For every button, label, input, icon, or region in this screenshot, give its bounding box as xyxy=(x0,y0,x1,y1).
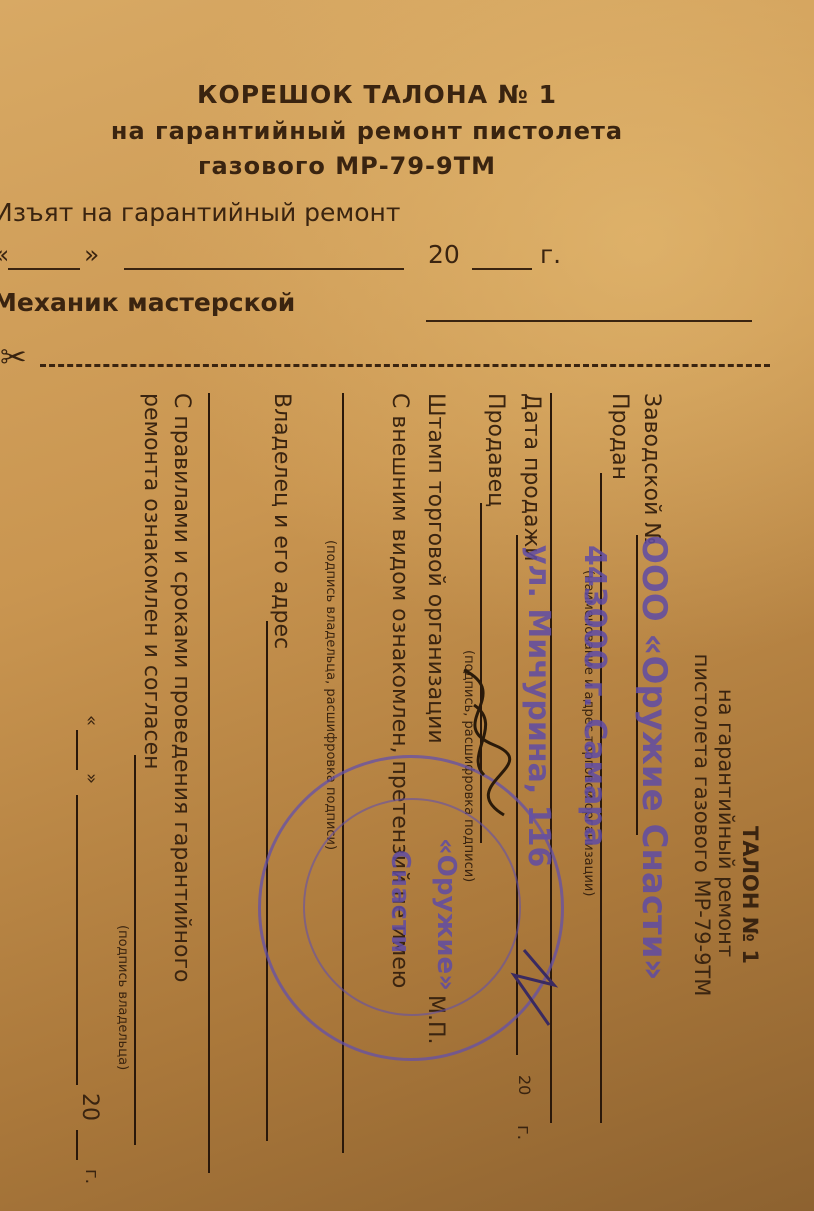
mechanic-label: Механик мастерской xyxy=(0,288,295,317)
sold-label: Продан xyxy=(607,393,632,480)
stub-model: газового МР-79-9ТМ xyxy=(0,152,754,180)
warranty-coupon: ТАЛОН № 1 на гарантийный ремонт пистолет… xyxy=(0,385,814,1211)
sale-date-label: Дата продажи xyxy=(519,393,544,562)
rules-signature-field[interactable] xyxy=(134,755,136,1145)
month-field[interactable] xyxy=(124,268,404,270)
seller-signature xyxy=(434,665,524,825)
date-open-quote: « xyxy=(0,240,9,269)
footer-close-quote: » xyxy=(81,773,102,784)
withdrawn-label: Изъят на гарантийный ремонт xyxy=(0,198,400,227)
sale-date-year-prefix: 20 xyxy=(515,1075,534,1095)
footer-day-field[interactable] xyxy=(76,730,78,770)
rules-caption: (подпись владельца) xyxy=(115,925,130,1070)
stub-title: КОРЕШОК ТАЛОНА № 1 xyxy=(0,80,784,109)
serial-label: Заводской № xyxy=(639,393,664,545)
year-field[interactable] xyxy=(472,268,532,270)
round-stamp-text-1: «Оружие» xyxy=(431,838,461,991)
coupon-title: ТАЛОН № 1 xyxy=(738,685,762,1105)
footer-month-field[interactable] xyxy=(76,795,78,1085)
sale-date-year-suffix: г. xyxy=(513,1125,534,1140)
footer-year-suffix: г. xyxy=(81,1169,102,1184)
year-suffix: г. xyxy=(540,240,561,269)
footer-year-field[interactable] xyxy=(76,1130,78,1160)
footer-open-quote: « xyxy=(81,715,102,726)
date-close-quote: » xyxy=(84,240,99,269)
footer-year-prefix: 20 xyxy=(77,1093,102,1121)
seller-label: Продавец xyxy=(483,393,508,507)
scissors-icon: ✂ xyxy=(0,338,27,376)
org-stamp-city: 443000 г. Самара xyxy=(577,545,612,847)
mechanic-signature-field[interactable] xyxy=(426,320,752,322)
coupon-subtitle: на гарантийный ремонт xyxy=(714,613,738,1033)
org-stamp-name: ООО «Оружие Снасти» xyxy=(634,535,674,981)
cut-line xyxy=(40,364,770,367)
rules-label-1: С правилами и сроками проведения гаранти… xyxy=(169,393,194,982)
year-prefix: 20 xyxy=(428,240,460,269)
day-field[interactable] xyxy=(8,268,80,270)
stub-date-row: « » 20 г. xyxy=(0,240,814,274)
round-stamp-text-2: Снасти xyxy=(385,850,415,953)
owner-field-2[interactable] xyxy=(208,393,210,1173)
owner-label: Владелец и его адрес xyxy=(269,393,294,649)
coupon-model: пистолета газового МР-79-9ТМ xyxy=(690,565,714,1085)
stub-subtitle: на гарантийный ремонт пистолета xyxy=(0,117,774,145)
rules-label-2: ремонта ознакомлен и согласен xyxy=(139,393,164,770)
year-handwriting xyxy=(504,945,564,1035)
